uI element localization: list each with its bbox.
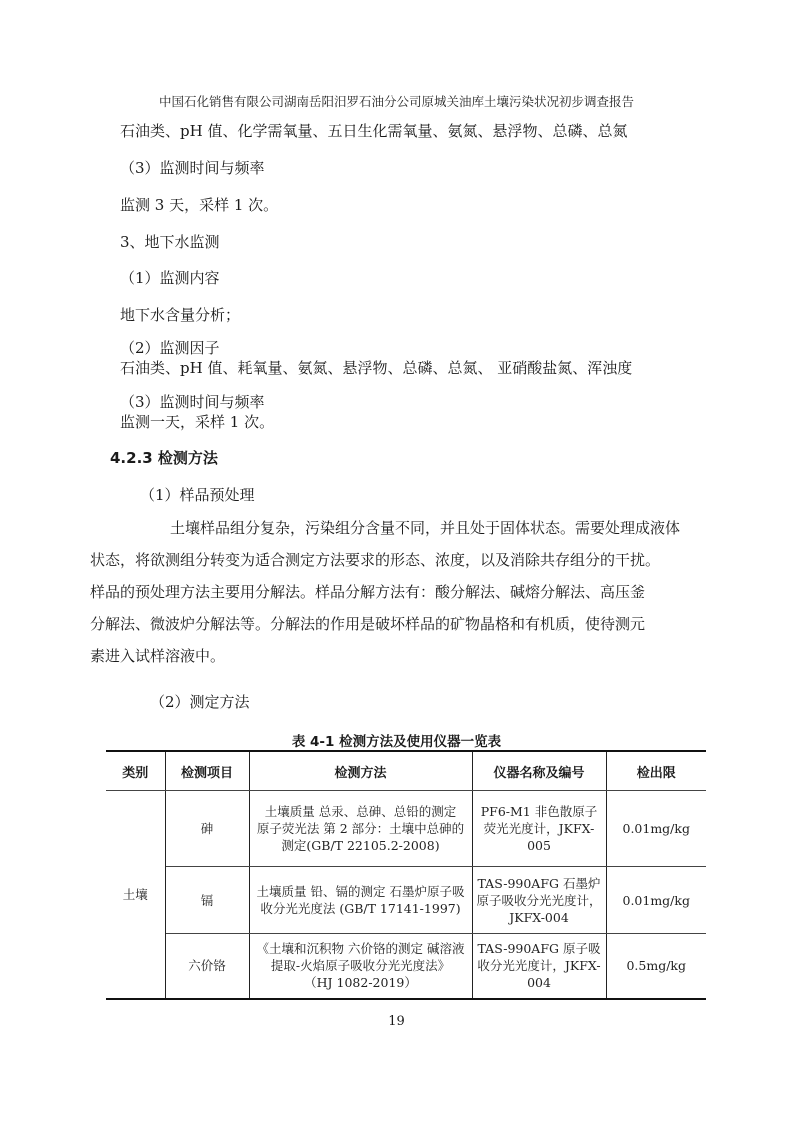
subheading-monitor-time: （3）监测时间与频率 bbox=[120, 158, 265, 178]
item-cell: 砷 bbox=[165, 791, 249, 867]
groundwater-content-text: 地下水含量分析； bbox=[120, 305, 240, 325]
page-number: 19 bbox=[0, 1014, 793, 1029]
limit-cell: 0.5mg/kg bbox=[606, 934, 706, 999]
limit-cell: 0.01mg/kg bbox=[606, 791, 706, 867]
section-heading: 4.2.3 检测方法 bbox=[110, 447, 218, 468]
table-row: 土壤 砷 土壤质量 总汞、总砷、总铅的测定 原子荧光法 第 2 部分：土壤中总砷… bbox=[106, 791, 706, 867]
method-line: 《土壤和沉积物 六价铬的测定 碱溶液提取-火焰原子吸收分光光度法》 bbox=[253, 940, 469, 974]
table-header-row: 类别 检测项目 检测方法 仪器名称及编号 检出限 bbox=[106, 751, 706, 791]
water-factors-line: 石油类、pH 值、化学需氧量、五日生化需氧量、氨氮、悬浮物、总磷、总氮 bbox=[120, 121, 627, 141]
instrument-cell: PF6-M1 非色散原子荧光光度计，JKFX-005 bbox=[472, 791, 606, 867]
method-cell: 土壤质量 总汞、总砷、总铅的测定 原子荧光法 第 2 部分：土壤中总砷的测定(G… bbox=[249, 791, 472, 867]
instrument-cell: TAS-990AFG 石墨炉原子吸收分光光度计，JKFX-004 bbox=[472, 867, 606, 934]
header-instrument: 仪器名称及编号 bbox=[472, 751, 606, 791]
method-cell: 土壤质量 铅、镉的测定 石墨炉原子吸收分光光度法 (GB/T 17141-199… bbox=[249, 867, 472, 934]
method-line: 原子荧光法 第 2 部分：土壤中总砷的测定(GB/T 22105.2-2008) bbox=[253, 820, 469, 854]
method-line: 土壤质量 铅、镉的测定 石墨炉原子吸收分光光度法 (GB/T 17141-199… bbox=[253, 883, 469, 917]
table-row: 六价铬 《土壤和沉积物 六价铬的测定 碱溶液提取-火焰原子吸收分光光度法》 （H… bbox=[106, 934, 706, 999]
detection-methods-table: 类别 检测项目 检测方法 仪器名称及编号 检出限 土壤 砷 土壤质量 总汞、总砷… bbox=[106, 750, 706, 1000]
item-cell: 六价铬 bbox=[165, 934, 249, 999]
groundwater-frequency-text: 监测一天，采样 1 次。 bbox=[120, 412, 274, 432]
limit-cell: 0.01mg/kg bbox=[606, 867, 706, 934]
paragraph-line: 状态，将欲测组分转变为适合测定方法要求的形态、浓度，以及消除共存组分的干扰。 bbox=[90, 544, 710, 576]
paragraph-line: 分解法、微波炉分解法等。分解法的作用是破坏样品的矿物晶格和有机质，使待测元 bbox=[90, 608, 710, 640]
instrument-cell: TAS-990AFG 原子吸收分光光度计，JKFX-004 bbox=[472, 934, 606, 999]
table-caption: 表 4-1 检测方法及使用仪器一览表 bbox=[0, 730, 793, 750]
groundwater-factors-line: 石油类、pH 值、耗氧量、氨氮、悬浮物、总磷、总氮、 亚硝酸盐氮、浑浊度 bbox=[120, 358, 632, 378]
groundwater-heading: 3、地下水监测 bbox=[120, 232, 220, 252]
method-cell: 《土壤和沉积物 六价铬的测定 碱溶液提取-火焰原子吸收分光光度法》 （HJ 10… bbox=[249, 934, 472, 999]
paragraph-line: 素进入试样溶液中。 bbox=[90, 640, 710, 672]
subheading-monitor-content: （1）监测内容 bbox=[120, 268, 220, 288]
category-cell: 土壤 bbox=[106, 791, 165, 999]
subheading-sample-pretreatment: （1）样品预处理 bbox=[140, 485, 255, 505]
item-cell: 镉 bbox=[165, 867, 249, 934]
pretreatment-paragraph: 土壤样品组分复杂，污染组分含量不同，并且处于固体状态。需要处理成液体 状态，将欲… bbox=[120, 512, 710, 672]
header-limit: 检出限 bbox=[606, 751, 706, 791]
header-method: 检测方法 bbox=[249, 751, 472, 791]
subheading-measurement-method: （2）测定方法 bbox=[150, 692, 250, 712]
paragraph-line: 土壤样品组分复杂，污染组分含量不同，并且处于固体状态。需要处理成液体 bbox=[120, 512, 710, 544]
table-row: 镉 土壤质量 铅、镉的测定 石墨炉原子吸收分光光度法 (GB/T 17141-1… bbox=[106, 867, 706, 934]
subheading-monitor-factors: （2）监测因子 bbox=[120, 338, 220, 358]
method-line: 土壤质量 总汞、总砷、总铅的测定 bbox=[253, 803, 469, 820]
method-line: （HJ 1082-2019） bbox=[253, 974, 469, 991]
monitor-frequency-text: 监测 3 天，采样 1 次。 bbox=[120, 195, 278, 215]
paragraph-line: 样品的预处理方法主要用分解法。样品分解方法有：酸分解法、碱熔分解法、高压釜 bbox=[90, 576, 710, 608]
header-item: 检测项目 bbox=[165, 751, 249, 791]
subheading-monitor-time-2: （3）监测时间与频率 bbox=[120, 392, 265, 412]
report-running-header: 中国石化销售有限公司湖南岳阳汨罗石油分公司原城关油库土壤污染状况初步调查报告 bbox=[0, 92, 793, 110]
header-category: 类别 bbox=[106, 751, 165, 791]
